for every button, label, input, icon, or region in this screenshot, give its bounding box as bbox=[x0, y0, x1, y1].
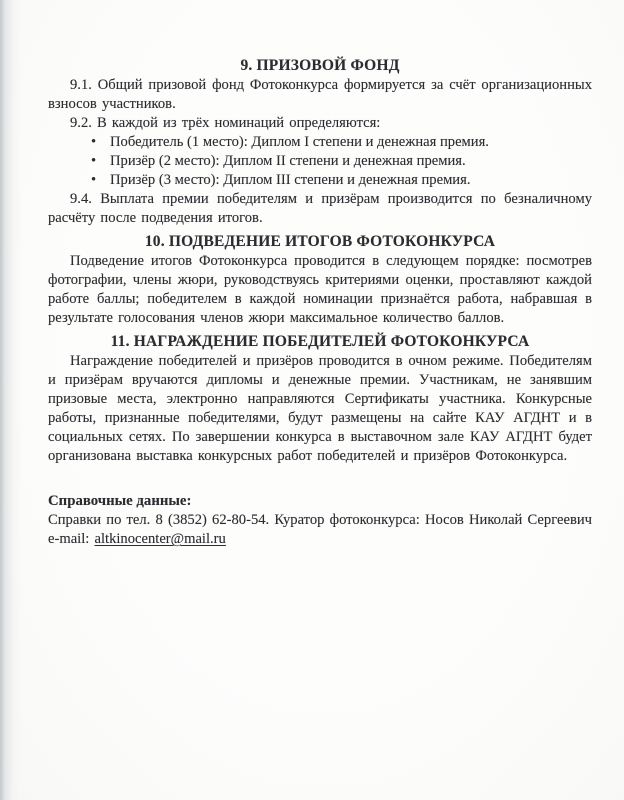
scan-left-edge bbox=[0, 0, 22, 800]
contact-info: Справки по тел. 8 (3852) 62-80-54. Курат… bbox=[48, 511, 592, 549]
list-item: • Победитель (1 место): Диплом I степени… bbox=[91, 133, 592, 152]
scanned-page: 9. ПРИЗОВОЙ ФОНД 9.1. Общий призовой фон… bbox=[0, 0, 624, 800]
section-awarding: 11. НАГРАЖДЕНИЕ ПОБЕДИТЕЛЕЙ ФОТОКОНКУРСА… bbox=[48, 332, 592, 466]
document-body: 9. ПРИЗОВОЙ ФОНД 9.1. Общий призовой фон… bbox=[48, 56, 592, 549]
clause-9-2: 9.2. В каждой из трёх номинаций определя… bbox=[48, 114, 592, 133]
list-item-text: Призёр (3 место): Диплом III степени и д… bbox=[110, 172, 470, 188]
email-link[interactable]: altkinocenter@mail.ru bbox=[94, 531, 225, 547]
list-item-text: Призёр (2 место): Диплом II степени и де… bbox=[110, 153, 466, 169]
section-11-paragraph: Награждение победителей и призёров прово… bbox=[48, 352, 592, 466]
list-item-text: Победитель (1 место): Диплом I степени и… bbox=[110, 134, 489, 150]
bullet-icon: • bbox=[91, 133, 96, 152]
clause-9-1: 9.1. Общий призовой фонд Фотоконкурса фо… bbox=[48, 76, 592, 114]
section-10-heading: 10. ПОДВЕДЕНИЕ ИТОГОВ ФОТОКОНКУРСА bbox=[48, 232, 592, 252]
bullet-icon: • bbox=[91, 152, 96, 171]
section-prize-fund: 9. ПРИЗОВОЙ ФОНД 9.1. Общий призовой фон… bbox=[48, 56, 592, 228]
section-results: 10. ПОДВЕДЕНИЕ ИТОГОВ ФОТОКОНКУРСА Подве… bbox=[48, 232, 592, 328]
nomination-list: • Победитель (1 место): Диплом I степени… bbox=[48, 133, 592, 190]
contact-heading: Справочные данные: bbox=[48, 492, 592, 511]
list-item: • Призёр (2 место): Диплом II степени и … bbox=[91, 152, 592, 171]
section-10-paragraph: Подведение итогов Фотоконкурса проводитс… bbox=[48, 252, 592, 328]
section-11-heading: 11. НАГРАЖДЕНИЕ ПОБЕДИТЕЛЕЙ ФОТОКОНКУРСА bbox=[48, 332, 592, 352]
clause-9-4: 9.4. Выплата премии победителям и призёр… bbox=[48, 190, 592, 228]
bullet-icon: • bbox=[91, 171, 96, 190]
section-9-heading: 9. ПРИЗОВОЙ ФОНД bbox=[48, 56, 592, 76]
list-item: • Призёр (3 место): Диплом III степени и… bbox=[91, 171, 592, 190]
contact-block: Справочные данные: Справки по тел. 8 (38… bbox=[48, 492, 592, 549]
